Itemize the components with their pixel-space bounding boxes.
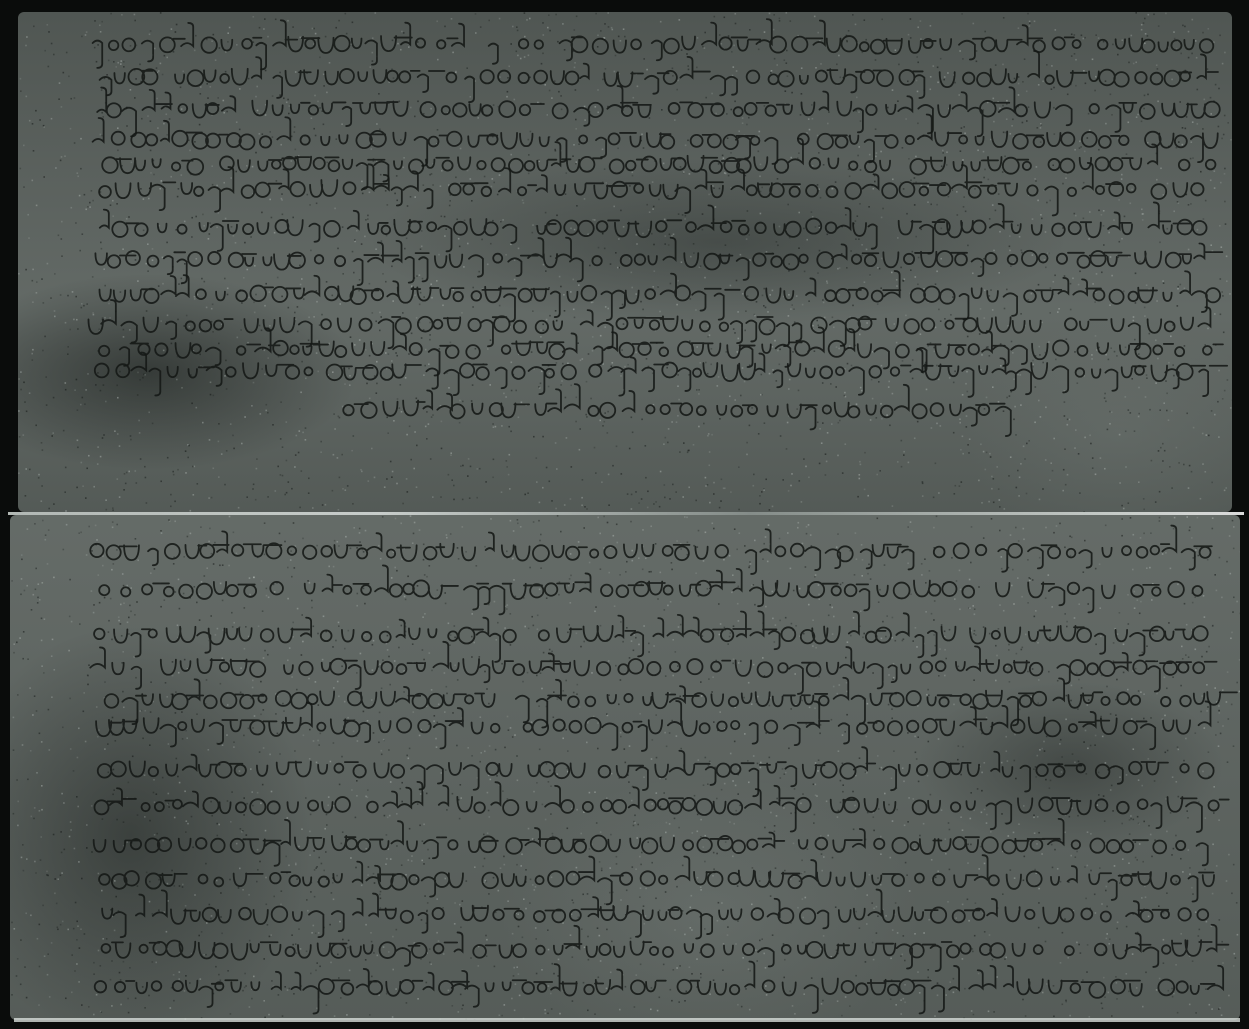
image-description: Photograph of a handwritten palm-leaf/pa… bbox=[0, 0, 1, 1]
handwritten-line bbox=[102, 890, 1208, 939]
handwritten-line bbox=[98, 747, 1214, 796]
handwritten-line bbox=[95, 962, 1223, 1014]
handwritten-line bbox=[101, 925, 1228, 971]
handwritten-line bbox=[100, 51, 1218, 102]
handwritten-line bbox=[94, 819, 1208, 866]
handwritten-line bbox=[90, 642, 1216, 694]
handwritten-line bbox=[93, 115, 1218, 166]
handwritten-line bbox=[88, 300, 1210, 350]
manuscript-panel-bottom bbox=[10, 515, 1240, 1020]
handwritten-line bbox=[343, 384, 1011, 436]
handwritten-line bbox=[100, 202, 1207, 253]
fold-line bbox=[8, 512, 1244, 515]
handwritten-line bbox=[97, 86, 1220, 136]
handwritten-line bbox=[90, 526, 1212, 574]
handwritten-line bbox=[105, 678, 1237, 728]
handwritten-text-block bbox=[18, 12, 1232, 512]
handwritten-line bbox=[99, 565, 1202, 614]
handwritten-line bbox=[94, 782, 1228, 832]
handwritten-line bbox=[94, 611, 1208, 662]
handwritten-line bbox=[95, 238, 1222, 285]
handwritten-text-block bbox=[10, 515, 1240, 1020]
handwritten-line bbox=[96, 701, 1210, 751]
handwritten-line bbox=[99, 855, 1214, 904]
manuscript-panel-top bbox=[18, 12, 1232, 512]
handwritten-line bbox=[99, 271, 1220, 321]
panel-bottom-edge-highlight bbox=[14, 1018, 1240, 1022]
